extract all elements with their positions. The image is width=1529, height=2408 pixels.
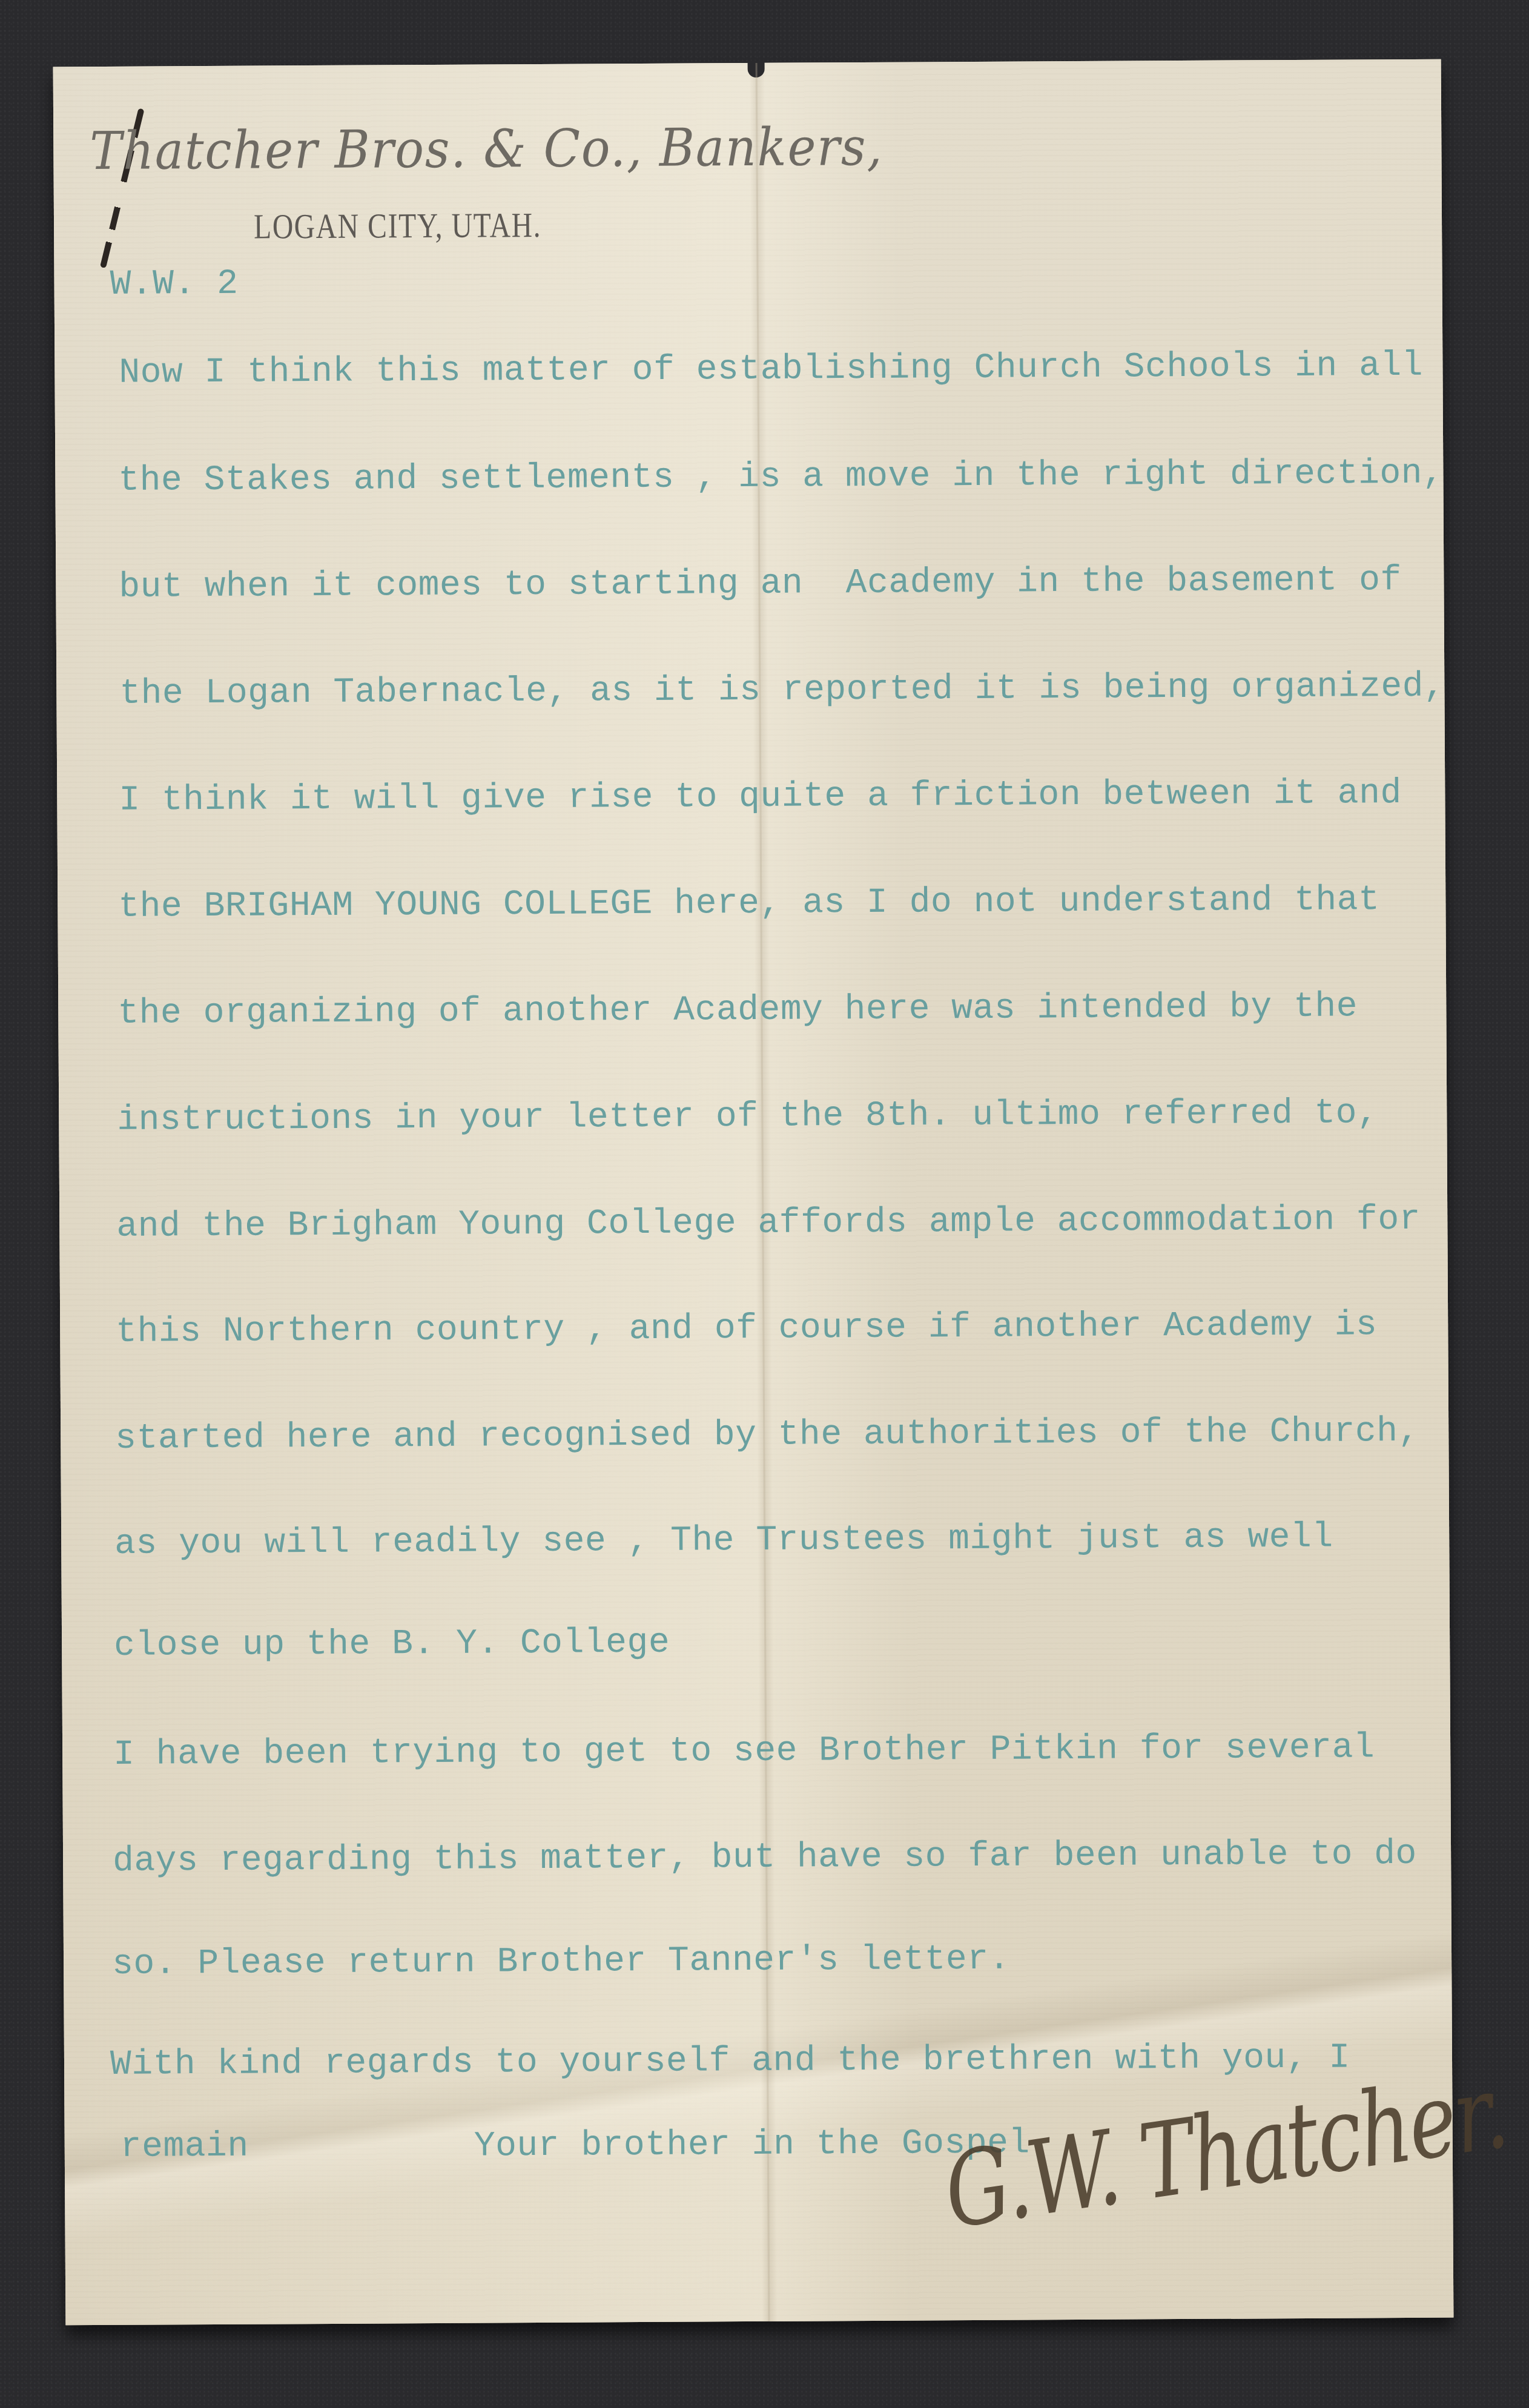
- body-line: instructions in your letter of the 8th. …: [117, 1096, 1378, 1138]
- letter-page: Thatcher Bros. & Co., Bankers, LOGAN CIT…: [53, 59, 1454, 2326]
- body-line: so. Please return Brother Tanner's lette…: [112, 1942, 1010, 1982]
- body-line: days regarding this matter, but have so …: [113, 1837, 1417, 1879]
- body-line: the Logan Tabernacle, as it is reported …: [119, 670, 1445, 712]
- body-line: the BRIGHAM YOUNG COLLEGE here, as I do …: [118, 883, 1379, 925]
- body-line: Now I think this matter of establishing …: [119, 349, 1423, 391]
- body-line: I think it will give rise to quite a fri…: [119, 776, 1402, 819]
- signature: G.W. Thatcher.: [937, 2051, 1513, 2252]
- page-marker: W.W. 2: [110, 267, 238, 303]
- body-line: With kind regards to yourself and the br…: [110, 2041, 1350, 2083]
- body-line: started here and recognised by the autho…: [115, 1414, 1419, 1457]
- fold-crease: [756, 63, 770, 2321]
- body-line: close up the B. Y. College: [114, 1626, 670, 1664]
- body-line: the Stakes and settlements , is a move i…: [118, 457, 1444, 499]
- body-line: this Northern country , and of course if…: [116, 1308, 1377, 1350]
- letterhead-company: Thatcher Bros. & Co., Bankers,: [90, 117, 883, 182]
- body-line: as you will readily see , The Trustees m…: [114, 1520, 1333, 1562]
- body-line: the organizing of another Academy here w…: [117, 989, 1358, 1031]
- body-line: but when it comes to starting an Academy…: [119, 563, 1402, 605]
- letterhead-city: LOGAN CITY, UTAH.: [254, 205, 541, 247]
- body-line: and the Brigham Young College affords am…: [116, 1202, 1421, 1245]
- body-line: I have been trying to get to see Brother…: [113, 1730, 1375, 1773]
- closing-remain: remain: [121, 2129, 249, 2165]
